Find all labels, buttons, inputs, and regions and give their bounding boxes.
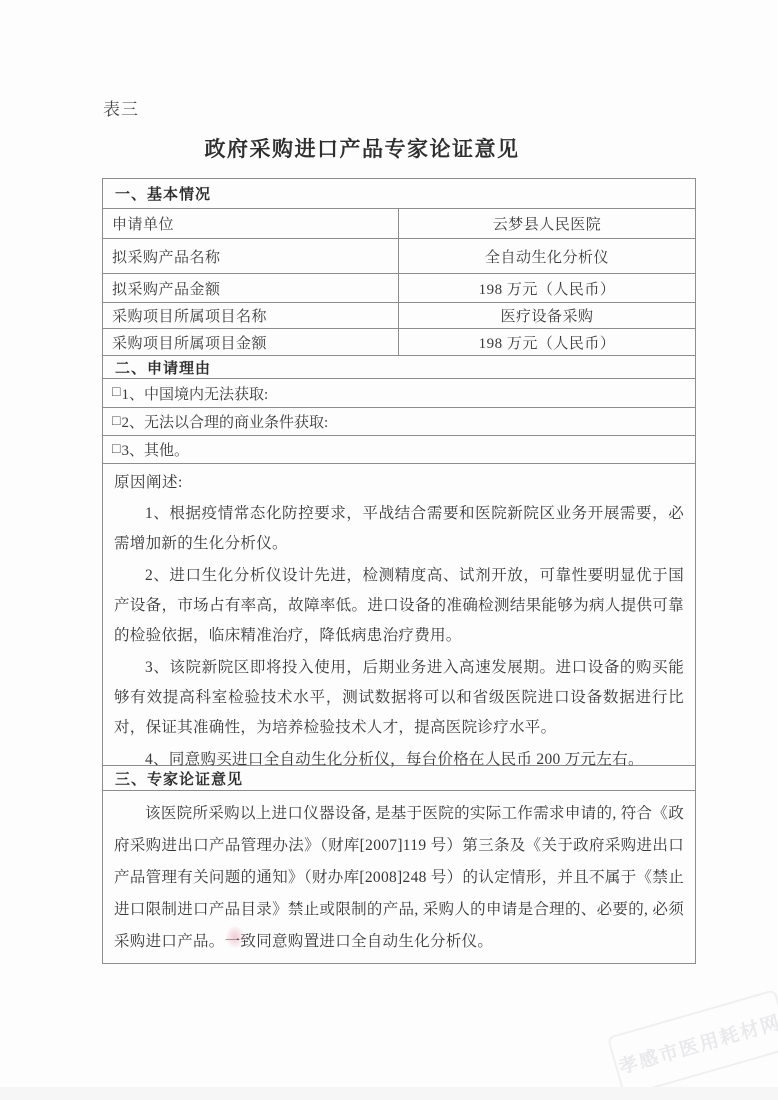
- row-value: 全自动生化分析仪: [399, 239, 695, 273]
- table-row: 申请单位 云梦县人民医院: [103, 209, 695, 239]
- form-table: 一、基本情况 申请单位 云梦县人民医院 拟采购产品名称 全自动生化分析仪 拟采购…: [102, 178, 696, 964]
- reason-option-label: 2、无法以合理的商业条件获取:: [121, 411, 328, 432]
- red-stamp-artifact: [226, 926, 244, 948]
- checkbox-icon: □: [112, 442, 120, 458]
- reason-statement-label: 原因阐述:: [114, 469, 684, 497]
- expert-opinion-paragraph: 该医院所采购以上进口仪器设备, 是基于医院的实际工作需求申请的, 符合《政府采购…: [114, 798, 684, 958]
- section-application-reason-heading: 二、申请理由: [103, 356, 695, 379]
- reason-paragraph: 1、根据疫情常态化防控要求，平战结合需要和医院新院区业务开展需要，必需增加新的生…: [114, 499, 684, 559]
- row-label: 采购项目所属项目名称: [103, 303, 399, 328]
- scanned-document-page: 表三 政府采购进口产品专家论证意见 一、基本情况 申请单位 云梦县人民医院 拟采…: [0, 0, 778, 1100]
- reason-option-label: 1、中国境内无法获取:: [121, 383, 268, 404]
- row-value: 医疗设备采购: [399, 303, 695, 328]
- document-title: 政府采购进口产品专家论证意见: [95, 133, 629, 163]
- reason-paragraph: 3、该院新院区即将投入使用，后期业务进入高速发展期。进口设备的购买能够有效提高科…: [114, 653, 684, 743]
- reason-option-row: □ 2、无法以合理的商业条件获取:: [103, 408, 695, 436]
- table-row: 拟采购产品金额 198 万元（人民币）: [103, 274, 695, 303]
- row-label: 采购项目所属项目金额: [103, 329, 399, 355]
- row-label: 拟采购产品名称: [103, 239, 399, 273]
- table-row: 拟采购产品名称 全自动生化分析仪: [103, 239, 695, 274]
- reason-paragraph: 2、进口生化分析仪设计先进，检测精度高、试剂开放，可靠性要明显优于国产设备，市场…: [114, 561, 684, 651]
- table-row: 采购项目所属项目金额 198 万元（人民币）: [103, 329, 695, 356]
- table-row: 采购项目所属项目名称 医疗设备采购: [103, 303, 695, 329]
- row-value: 198 万元（人民币）: [399, 274, 695, 302]
- expert-opinion-cell: 该医院所采购以上进口仪器设备, 是基于医院的实际工作需求申请的, 符合《政府采购…: [103, 791, 695, 963]
- form-number-label: 表三: [103, 95, 139, 120]
- checkbox-icon: □: [112, 414, 120, 430]
- row-label: 申请单位: [103, 209, 399, 238]
- checkbox-icon: □: [112, 385, 120, 401]
- reason-statement-cell: 原因阐述: 1、根据疫情常态化防控要求，平战结合需要和医院新院区业务开展需要，必…: [103, 464, 695, 766]
- reason-option-label: 3、其他。: [121, 439, 189, 460]
- site-watermark-stamp: 孝感市医用耗材网: [607, 989, 778, 1097]
- scan-bottom-edge: [0, 1087, 778, 1100]
- row-label: 拟采购产品金额: [103, 274, 399, 302]
- row-value: 云梦县人民医院: [399, 209, 695, 238]
- reason-option-row: □ 3、其他。: [103, 436, 695, 464]
- reason-option-row: □ 1、中国境内无法获取:: [103, 379, 695, 408]
- row-value: 198 万元（人民币）: [399, 329, 695, 355]
- section-basic-info-heading: 一、基本情况: [103, 179, 695, 209]
